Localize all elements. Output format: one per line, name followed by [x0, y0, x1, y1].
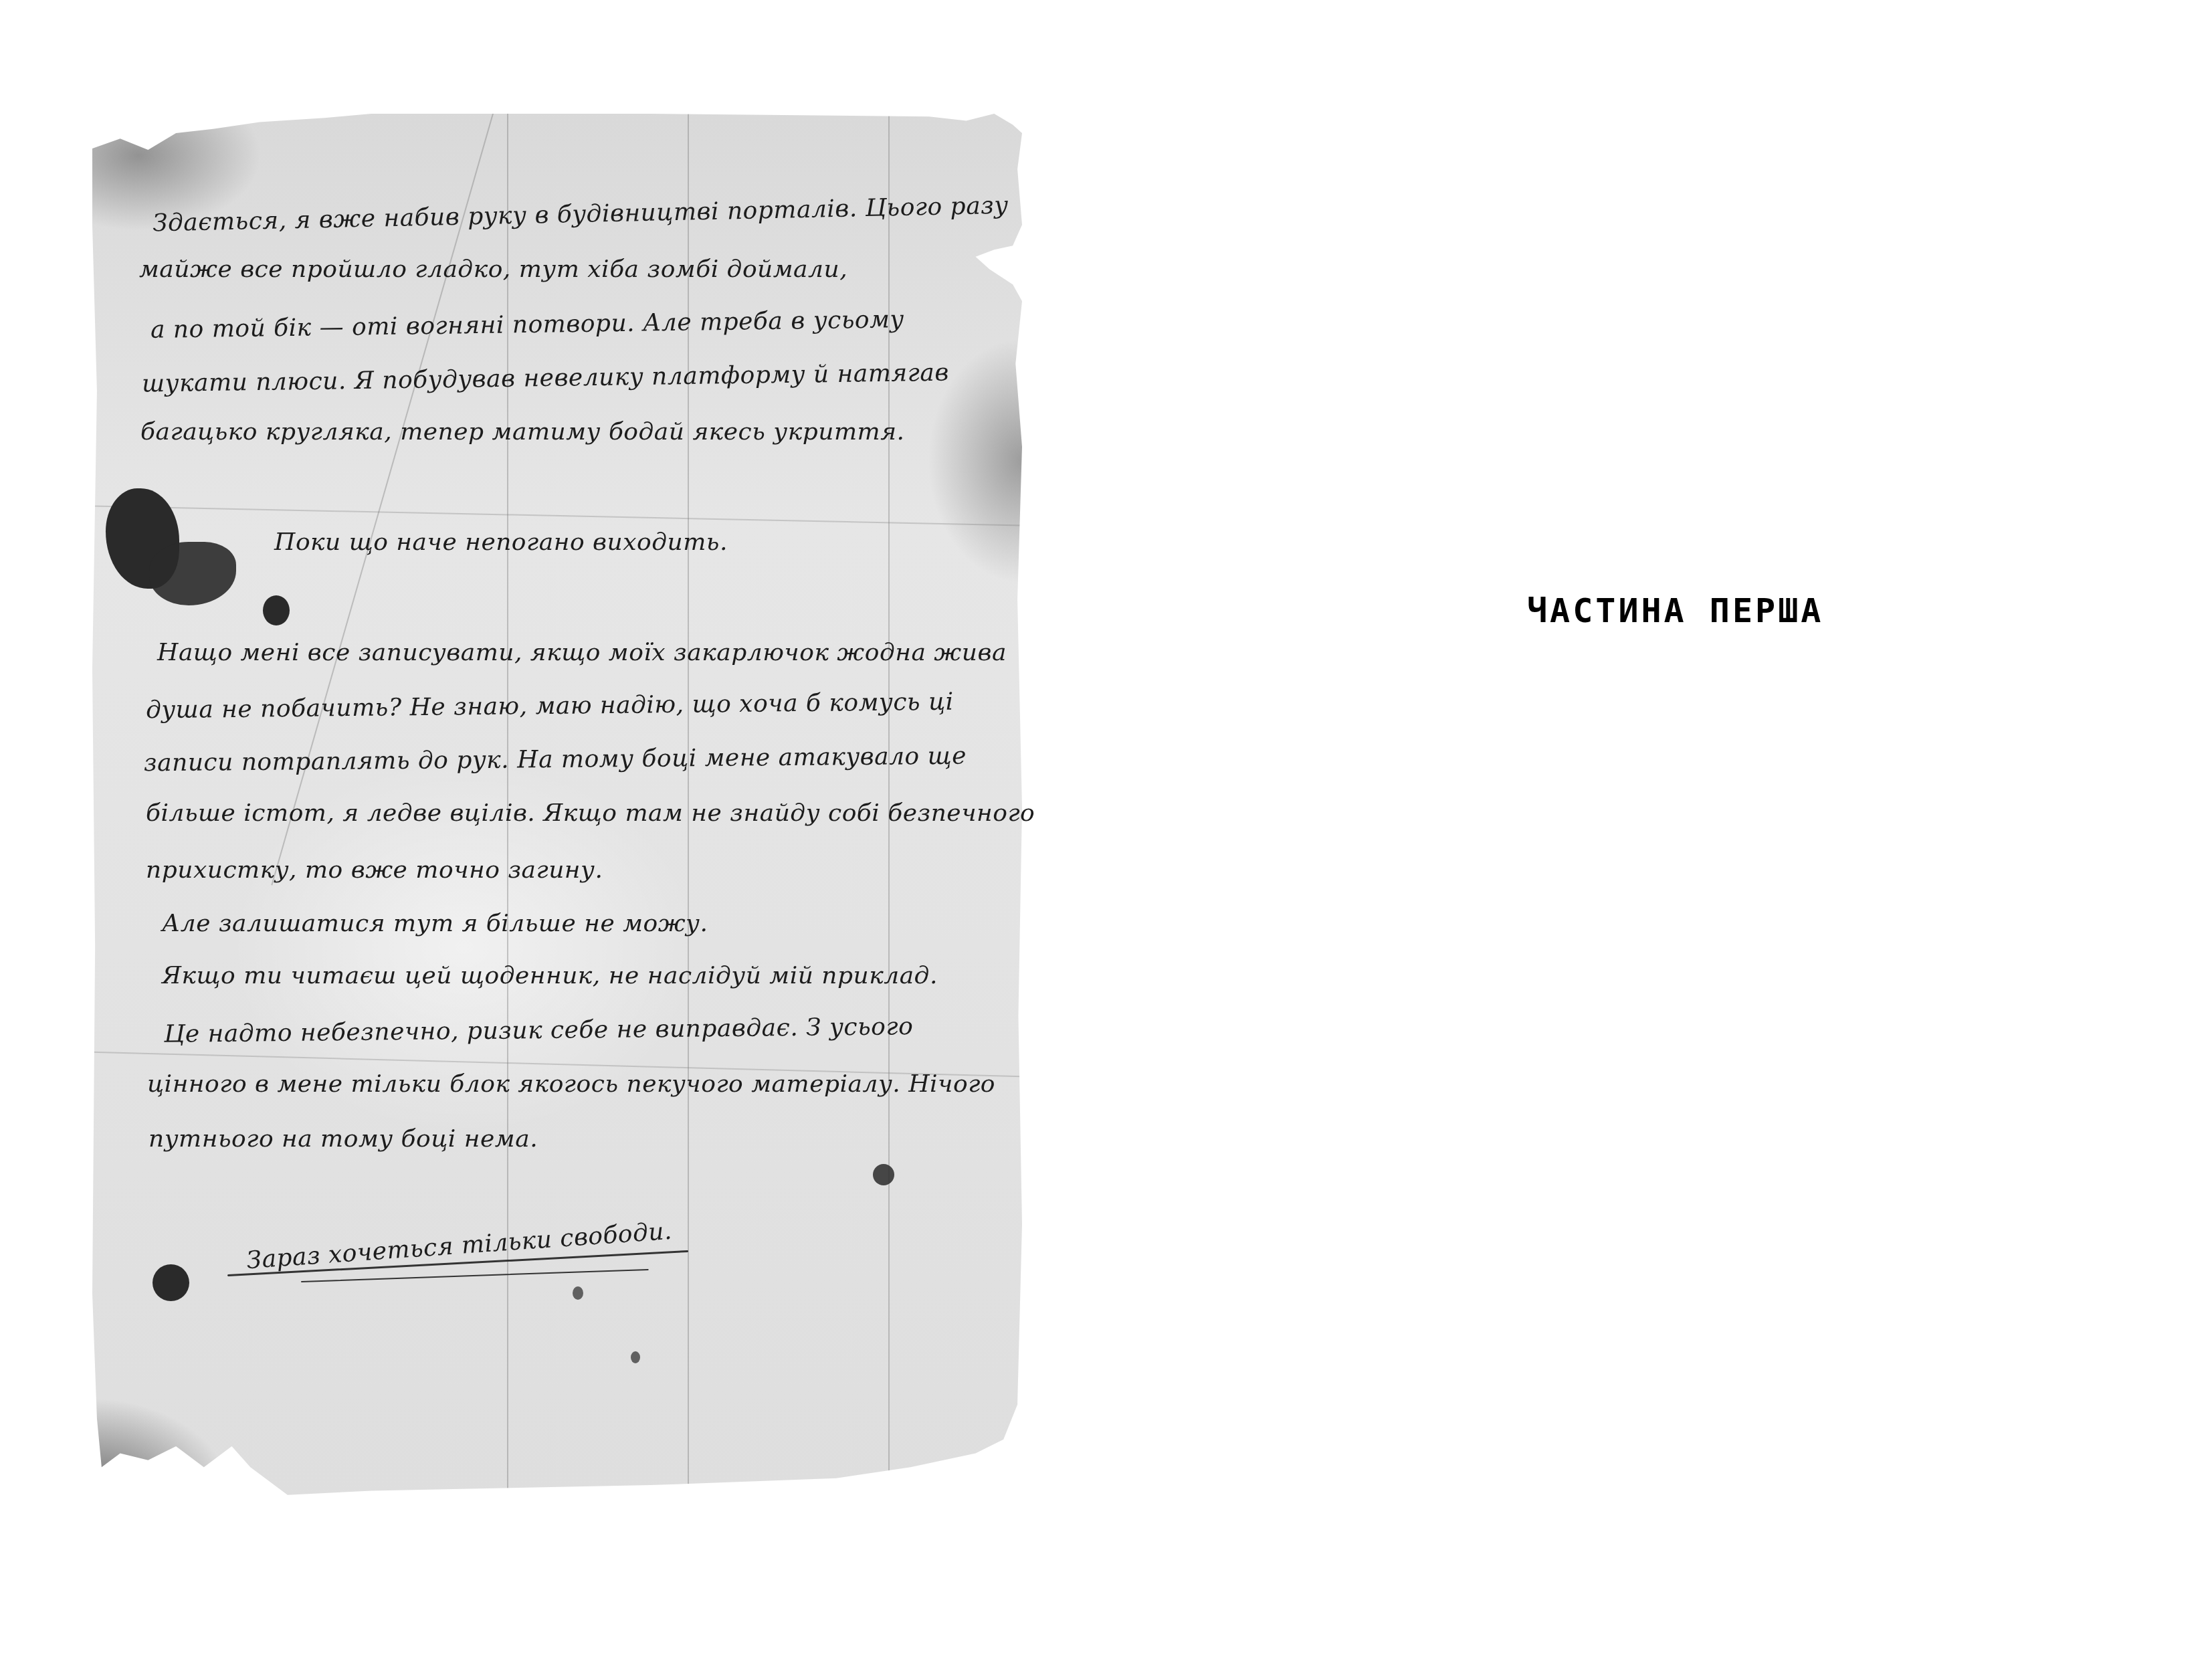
diary-line: майже все пройшло гладко, тут хіба зомбі… — [139, 256, 847, 283]
ink-drop — [873, 1164, 894, 1185]
ink-drop — [153, 1264, 189, 1301]
ink-blot — [149, 542, 236, 605]
ink-drop — [573, 1286, 583, 1300]
right-page — [1106, 0, 2212, 1659]
diary-line: путнього на тому боці нема. — [148, 1125, 538, 1153]
diary-line: багацько кругляка, тепер матиму бодай як… — [140, 418, 904, 446]
diary-line: Але залишатися тут я більше не можу. — [162, 910, 708, 937]
paper-fold — [92, 505, 1022, 526]
diary-line: цінного в мене тільки блок якогось пекуч… — [147, 1070, 995, 1098]
chapter-title: Частина перша — [1527, 591, 1823, 630]
diary-line: Якщо ти читаєш цей щоденник, не наслідуй… — [162, 962, 938, 989]
ink-drop — [263, 595, 290, 625]
book-spread: Здається, я вже набив руку в будівництві… — [0, 0, 2212, 1659]
ink-drop — [631, 1351, 640, 1363]
diary-line: Нащо мені все записувати, якщо моїх зака… — [157, 639, 1007, 666]
diary-line: більше істот, я ледве вцілів. Якщо там н… — [146, 799, 1035, 827]
diary-line: Поки що наче непогано виходить. — [274, 528, 728, 556]
diary-line: прихистку, то вже точно загину. — [146, 856, 603, 884]
left-page: Здається, я вже набив руку в будівництві… — [0, 0, 1106, 1659]
